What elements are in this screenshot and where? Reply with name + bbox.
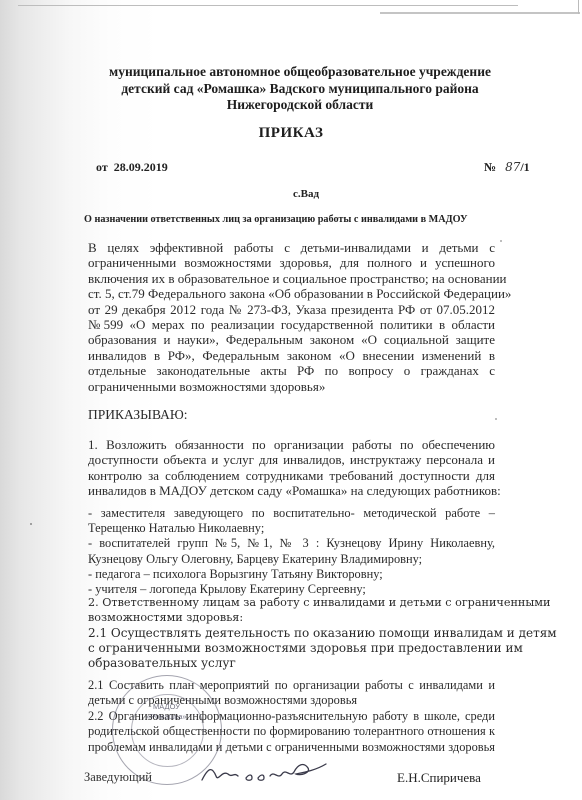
order-directive: ПРИКАЗЫВАЮ: bbox=[88, 407, 188, 423]
text-line: В целях эффективной работы с детьми-инва… bbox=[88, 240, 495, 255]
header-line: муниципальное автономное общеобразовател… bbox=[100, 64, 500, 81]
scan-border-right bbox=[578, 0, 579, 14]
item-1: 1. Возложить обязанности по организации … bbox=[88, 437, 495, 499]
text-line: 2.1 Осуществлять деятельность по оказани… bbox=[88, 626, 495, 641]
signature-icon bbox=[198, 758, 338, 788]
organization-header: муниципальное автономное общеобразовател… bbox=[100, 64, 500, 114]
signature-role: Заведующий bbox=[84, 770, 152, 785]
text-line: инвалидов в МАДОУ детском саду «Ромашка»… bbox=[88, 483, 495, 498]
text-line: ограниченными возможностями здоровья» bbox=[88, 379, 495, 394]
stamp-center-sub: «Ромашка» bbox=[113, 712, 220, 722]
text-line: контролю за соблюдением сотрудниками тре… bbox=[88, 468, 495, 483]
order-subject: О назначении ответственных лиц за органи… bbox=[84, 214, 467, 225]
staff-line: - заместителя заведующего по воспитатель… bbox=[88, 506, 495, 521]
text-line: отдельные законодательные акты РФ по воп… bbox=[88, 363, 495, 378]
text-line: №599 «О мерах по реализации государствен… bbox=[88, 317, 495, 332]
text-line: 2. Ответственному лицам за работу с инва… bbox=[88, 595, 495, 610]
order-date: от 28.09.2019 bbox=[96, 160, 168, 175]
scan-border-top bbox=[18, 5, 518, 6]
preamble: В целях эффективной работы с детьми-инва… bbox=[88, 240, 495, 394]
scan-speck bbox=[500, 240, 502, 242]
header-line: Нижегородской области bbox=[100, 97, 500, 114]
staff-line: Терещенко Наталью Николаевну; bbox=[88, 521, 495, 536]
staff-line: - воспитателей групп №5, №1, № 3 : Кузне… bbox=[88, 536, 495, 551]
text-line: от 29 декабря 2012 года № 273-ФЗ, Указа … bbox=[88, 302, 495, 317]
text-line: возможностями здоровья: bbox=[88, 610, 495, 625]
place-of-issue: с.Вад bbox=[0, 188, 582, 200]
scan-speck bbox=[495, 418, 497, 420]
text-line: ограниченными возможностями здоровья, дл… bbox=[88, 255, 495, 270]
text-line: образования и науки», Федеральным законо… bbox=[88, 332, 495, 347]
document-title: ПРИКАЗ bbox=[0, 125, 582, 142]
text-line: включения их в образовательное и социаль… bbox=[88, 271, 495, 286]
scan-speck bbox=[30, 523, 32, 525]
staff-line: - педагога – психолога Ворызгину Татьяну… bbox=[88, 567, 495, 582]
staff-line: Кузнецову Ольгу Олеговну, Барцеву Екатер… bbox=[88, 552, 495, 567]
scan-border-top-right bbox=[380, 12, 580, 14]
text-line: 1. Возложить обязанности по организации … bbox=[88, 437, 495, 452]
order-number: № 87/1 bbox=[484, 160, 530, 175]
text-line: инвалидов в РФ», Федеральным законом «О … bbox=[88, 348, 495, 363]
date-value: 28.09.2019 bbox=[114, 160, 168, 174]
header-line: детский сад «Ромашка» Вадского муниципал… bbox=[100, 81, 500, 98]
text-line: доступности объекта и услуг для инвалидо… bbox=[88, 452, 495, 467]
number-suffix: /1 bbox=[520, 160, 529, 174]
staff-list: - заместителя заведующего по воспитатель… bbox=[88, 506, 495, 597]
number-handwritten: 87 bbox=[505, 160, 520, 174]
item-2: 2. Ответственному лицам за работу с инва… bbox=[88, 595, 495, 671]
number-label: № bbox=[484, 160, 496, 174]
text-line: образовательных услуг bbox=[88, 656, 495, 671]
scanned-page: муниципальное автономное общеобразовател… bbox=[0, 0, 582, 800]
stamp-text: МАДОУ «Ромашка» bbox=[113, 702, 220, 722]
signature-name: Е.Н.Спиричева bbox=[397, 770, 481, 786]
text-line: с ограниченными возможностями здоровья п… bbox=[88, 641, 495, 656]
stamp-center-text: МАДОУ bbox=[113, 702, 220, 712]
text-line: ст. 5, ст.79 Федерального закона «Об обр… bbox=[88, 286, 495, 301]
date-label: от bbox=[96, 160, 108, 174]
